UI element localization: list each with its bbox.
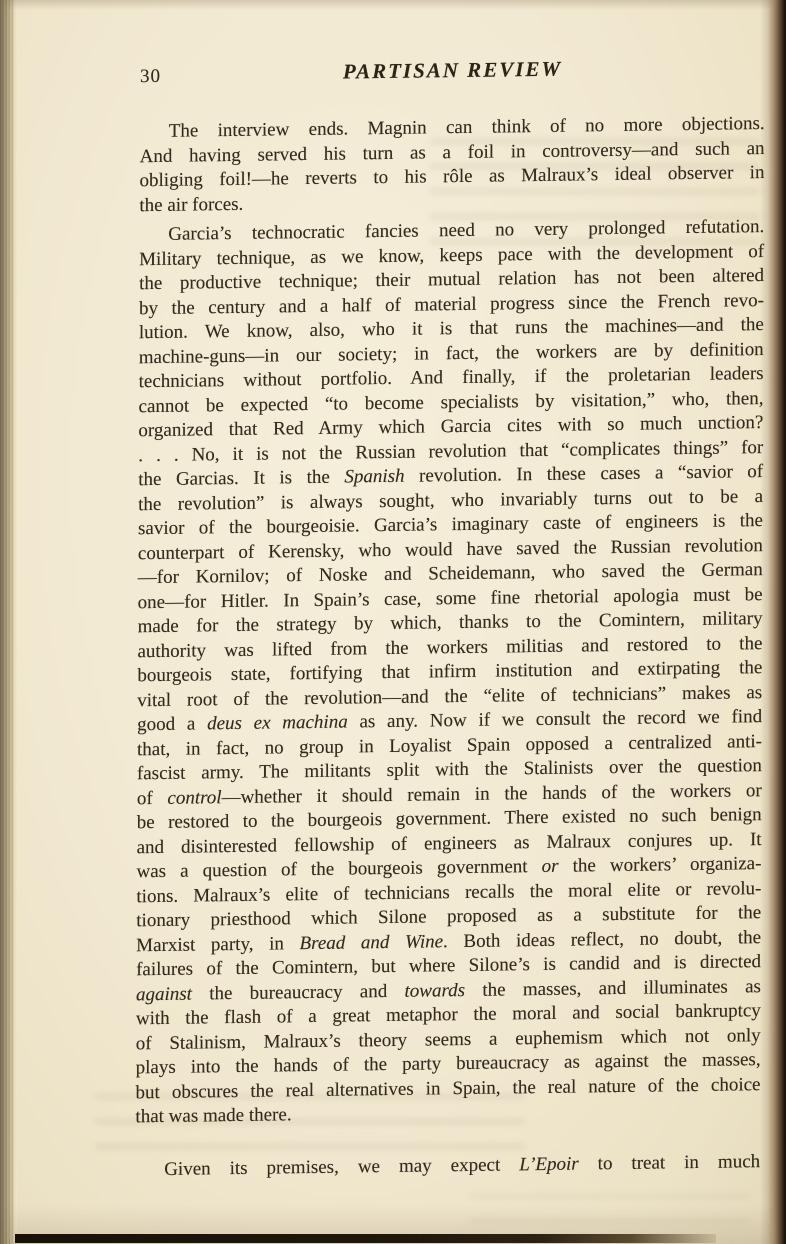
paragraph: Given its premises, we may expect L’Epoi… xyxy=(135,1150,760,1183)
gutter-shadow xyxy=(760,0,786,1244)
page-header: 30 PARTISAN REVIEW xyxy=(140,54,765,88)
running-head: PARTISAN REVIEW xyxy=(140,54,765,87)
bottom-scan-bar xyxy=(15,1234,716,1243)
body-text: The interview ends. Magnin can think of … xyxy=(135,112,765,1182)
text-line: Given its premises, we may expect L’Epoi… xyxy=(135,1150,760,1183)
book-page-edges xyxy=(0,0,17,1244)
paragraph: Garcia’s technocratic fancies need no ve… xyxy=(135,215,764,1130)
paragraph: The interview ends. Magnin can think of … xyxy=(139,112,764,218)
scanned-book-page: 30 PARTISAN REVIEW The interview ends. M… xyxy=(0,0,786,1244)
print-block: 30 PARTISAN REVIEW The interview ends. M… xyxy=(135,54,765,1182)
top-edge-shading xyxy=(0,0,786,10)
